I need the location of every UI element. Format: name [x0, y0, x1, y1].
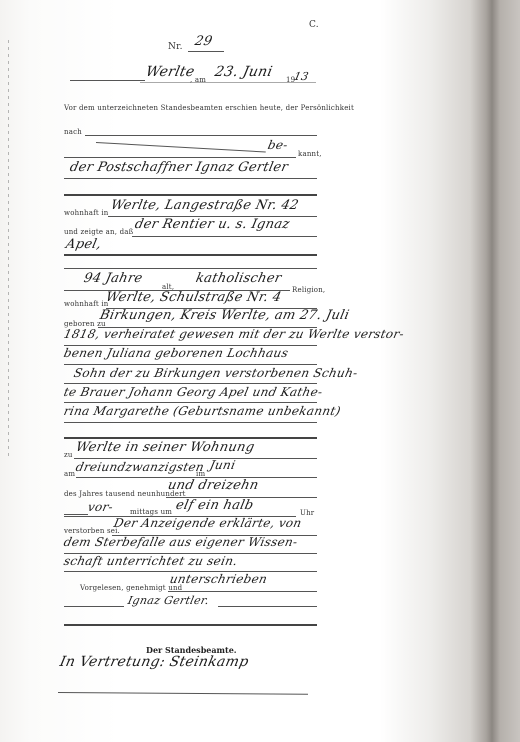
im-value: Juni: [209, 458, 237, 472]
birth-line-3: benen Juliana geborenen Lochhaus: [63, 346, 290, 360]
declarant-signature: Ignaz Gertler.: [127, 594, 211, 607]
birth-line-5: te Brauer Johann Georg Apel und Kathe-: [63, 385, 324, 399]
verstorben-line-2: dem Sterbefalle aus eigener Wissen-: [63, 535, 299, 549]
jahres-value: und dreizehn: [166, 478, 260, 493]
place-value: Werlte: [144, 64, 196, 80]
form-code: C.: [309, 20, 319, 30]
zeigte-label: und zeigte an, daß: [64, 228, 134, 236]
religion-label: Religion,: [292, 286, 325, 294]
zu-label: zu: [64, 451, 73, 459]
number-underline: [188, 51, 224, 52]
line-before-official: [64, 624, 317, 626]
nach-line: [85, 135, 317, 136]
zeigte-value: der Rentier u. s. Ignaz: [133, 217, 291, 232]
line-birth-3: [64, 364, 317, 365]
date-day-month: 23. Juni: [213, 64, 274, 80]
line-person: [64, 178, 317, 179]
line-zeigte: [132, 236, 317, 237]
line-zu: [74, 458, 317, 459]
number-label: Nr.: [168, 42, 183, 52]
line-birth-4: [64, 383, 317, 384]
intro-text: Vor dem unterzeichneten Standesbeamten e…: [64, 104, 354, 112]
birth-line-6: rina Margarethe (Geburtsname unbekannt): [63, 404, 343, 418]
verstorben-value: Der Anzeigende erklärte, von: [113, 516, 304, 530]
line-separator: [64, 437, 317, 439]
bekannt-print: kannt,: [298, 150, 322, 158]
date-underline: [140, 82, 316, 83]
am-value: dreiundzwanzigsten: [75, 460, 206, 474]
mittags-prefix: vor-: [87, 500, 115, 514]
mittags-label: mittags um: [130, 508, 172, 516]
bekannt-hand: be-: [267, 138, 290, 152]
line-birth-6: [64, 422, 317, 423]
geboren-value: Birkungen, Kreis Werlte, am 27. Juli: [98, 308, 350, 323]
zu-value: Werlte in seiner Wohnung: [74, 440, 256, 455]
wohnhaft2-label: wohnhaft in: [64, 300, 108, 308]
line-spacer: [64, 268, 317, 269]
line-vorgelesen: [168, 591, 317, 592]
mittags-value: elf ein halb: [174, 498, 255, 513]
wohnhaft2-value: Werlte, Schulstraße Nr. 4: [104, 290, 282, 305]
page-left-edge: [8, 40, 9, 460]
wohnhaft-label: wohnhaft in: [64, 209, 108, 217]
nach-label: nach: [64, 128, 82, 136]
record-number: 29: [193, 34, 213, 49]
line-person-2: [64, 194, 317, 196]
official-signature: In Vertretung: Steinkamp: [58, 654, 250, 670]
line-signature-lead: [64, 606, 124, 607]
vorgelesen-label: Vorgelesen, genehmigt und: [80, 584, 182, 592]
declarant-name: der Postschaffner Ignaz Gertler: [68, 160, 289, 175]
verstorben-line-3: schaft unterrichtet zu sein.: [63, 554, 239, 568]
line-signature-tail: [218, 606, 317, 607]
line-mittags-lead: [64, 514, 88, 515]
wohnhaft-value: Werlte, Langestraße Nr. 42: [109, 198, 300, 213]
am-label: am: [64, 470, 75, 478]
verstorben-label: verstorben sei.: [64, 527, 120, 535]
religion-value: katholischer: [194, 271, 282, 286]
age-value: 94 Jahre: [82, 271, 144, 286]
line-bekannt: [64, 157, 296, 158]
place-leadline: [70, 80, 145, 81]
birth-line-2: 1818, verheiratet gewesen mit der zu Wer…: [63, 327, 406, 341]
vorgelesen-value: unterschrieben: [169, 572, 269, 586]
line-zeigte-2: [64, 254, 317, 256]
birth-line-4: Sohn der zu Birkungen verstorbenen Schuh…: [73, 366, 360, 380]
line-birth-5: [64, 402, 317, 403]
zeigte-continuation: Apel,: [64, 237, 102, 252]
